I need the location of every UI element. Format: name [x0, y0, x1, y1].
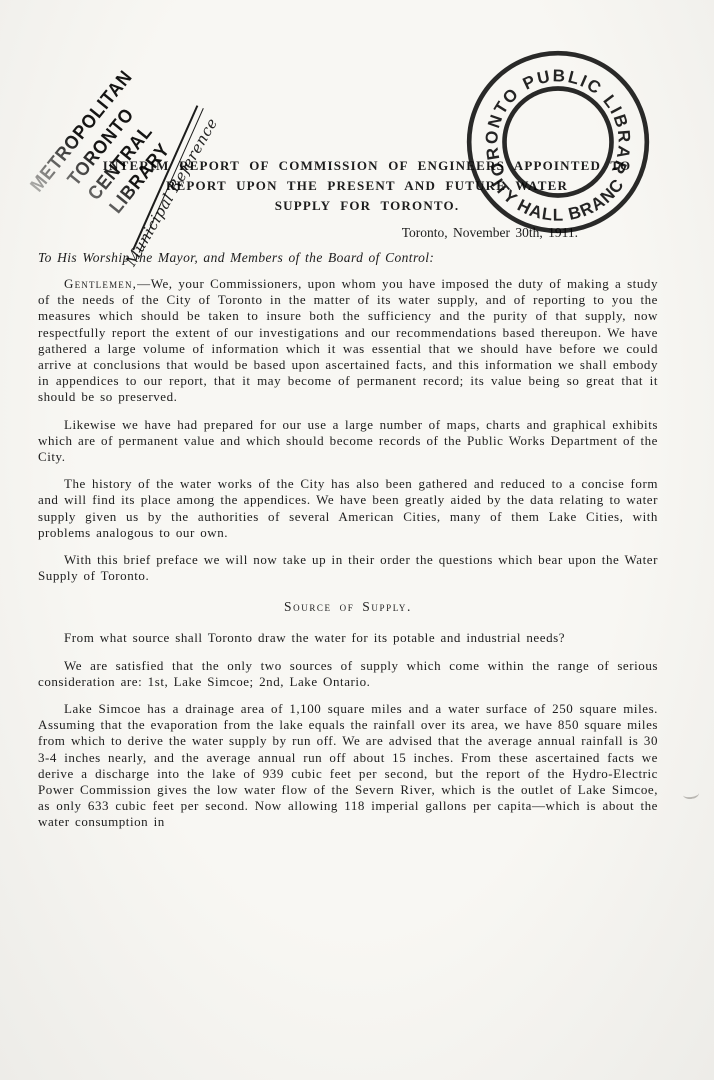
body-paragraph-3: The history of the water works of the Ci… — [38, 476, 658, 541]
paragraph-text: —We, your Commissioners, upon whom you h… — [38, 276, 658, 404]
stamp-inner-ring — [504, 88, 611, 195]
document-page: INTERIM REPORT OF COMMISSION OF ENGINEER… — [0, 0, 714, 1080]
library-round-stamp: TORONTO PUBLIC LIBRARY CITY HALL BRANCH — [452, 36, 664, 248]
body-paragraph-7: Lake Simcoe has a drainage area of 1,100… — [38, 701, 658, 831]
body-paragraph-5: From what source shall Toronto draw the … — [38, 630, 658, 646]
body-paragraph-1: Gentlemen,—We, your Commissioners, upon … — [38, 276, 658, 406]
salutation-lead: Gentlemen, — [64, 276, 137, 291]
section-heading-source-of-supply: Source of Supply. — [38, 599, 658, 615]
body-paragraph-4: With this brief preface we will now take… — [38, 552, 658, 584]
body-paragraph-2: Likewise we have had prepared for our us… — [38, 417, 658, 466]
body-paragraph-6: We are satisfied that the only two sourc… — [38, 658, 658, 690]
